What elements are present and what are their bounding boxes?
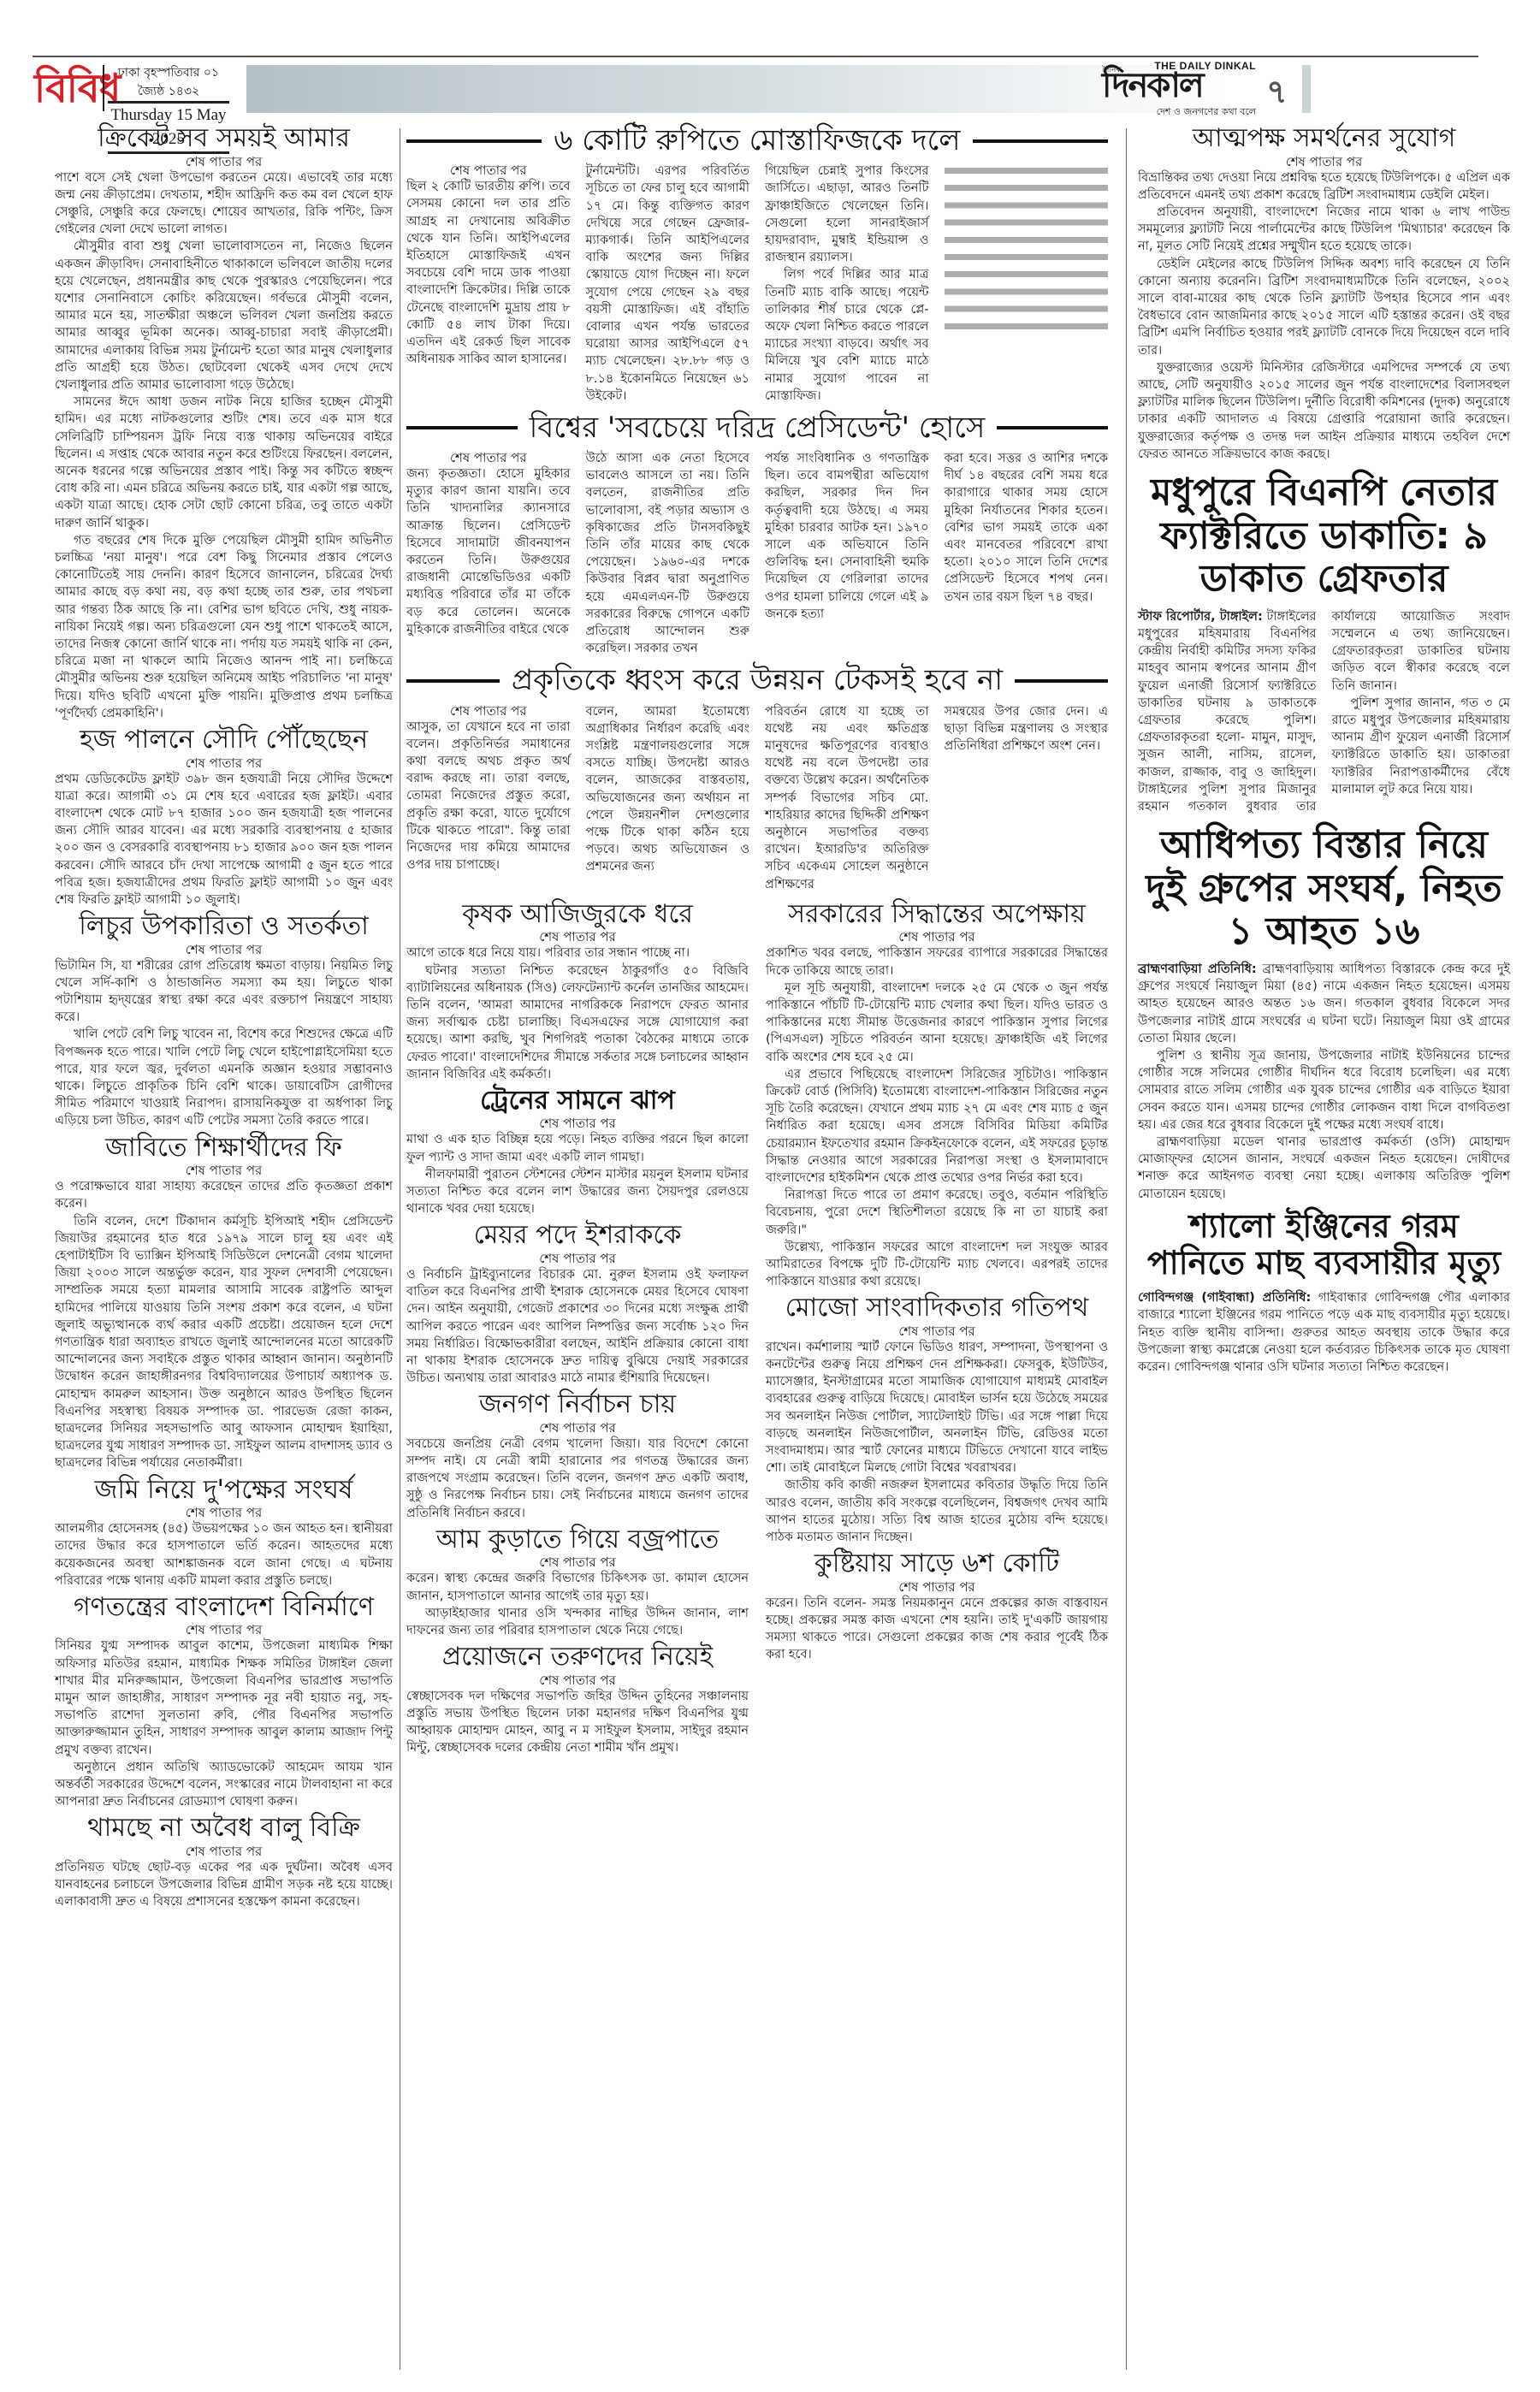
headline-rule [973,139,1108,143]
text-column: শেষ পাতার পর ছিল ২ কোটি ভারতীয় রুপি। তব… [406,163,571,405]
continued-label: শেষ পাতার পর [406,1673,749,1688]
continued-label: শেষ পাতার পর [55,1844,393,1859]
story-body: স্বেচ্ছাসেবক দল দক্ষিণের সভাপতি জহির উদ্… [406,1688,749,1757]
story-body: সবচেয়ে জনপ্রিয় নেত্রী বেগম খালেদা জিয়… [406,1436,749,1522]
paragraph: পুলিশ ও স্থানীয় সূত্র জানায়, উপজেলার ন… [1138,1047,1510,1134]
continued-label: শেষ পাতার পর [406,163,571,178]
story-body: রাখেন। কর্মশালায় স্মার্ট ফোনে ভিডিও ধার… [766,1339,1108,1546]
headline: জমি নিয়ে দু'পক্ষের সংঘর্ষ [55,1476,393,1506]
paragraph: করেন। তিনি বলেন- সমস্ত নিয়মকানুন মেনে প… [766,1595,1108,1664]
headline: হজ পালনে সৌদি পৌঁছেছেন [55,725,393,755]
paragraph: সামনের ঈদে আধা ডজন নাটক নিয়ে হাজির হচ্ছ… [55,394,393,532]
paragraph: প্রতিবেদন অনুযায়ী, বাংলাদেশে নিজের নামে… [1138,204,1510,256]
paragraph: পরিবর্তন রোধে যা হচ্ছে তা যথেষ্ট নয় এবং… [765,703,929,893]
story-body: বিভ্রান্তিকর তথ্য দেওয়া নিয়ে প্রশ্নবিদ… [1138,169,1510,463]
headline-row: ৬ কোটি রুপিতে মোস্তাফিজকে দলে [406,124,1108,157]
story-youth: প্রয়োজনে তরুণদের নিয়েই শেষ পাতার পর স্… [406,1643,749,1756]
paragraph: আড়াইহাজার থানার ওসি খন্দকার নাছির উদ্দি… [406,1605,749,1639]
paragraph: প্রকাশিত খবর বলছে, পাকিস্তান সফরের ব্যাপ… [766,944,1108,979]
continued-label: শেষ পাতার পর [406,1116,749,1131]
paragraph: প্রতিনিয়ত ঘটছে ছোট-বড় একের পর এক দুর্ঘ… [55,1859,393,1911]
continued-label: শেষ পাতার পর [55,755,393,771]
story-body: প্রকাশিত খবর বলছে, পাকিস্তান সফরের ব্যাপ… [766,944,1108,1290]
edge-bar [1302,65,1311,113]
headline: বিশ্বের 'সবচেয়ে দরিদ্র প্রেসিডেন্ট' হোস… [530,411,986,445]
paragraph: ঘটনার সত্যতা নিশ্চিত করেছেন ঠাকুরগাঁও ৫০… [406,962,749,1083]
story-body: গোবিন্দগঞ্জ (গাইবান্ধা) প্রতিনিধি: গাইবা… [1138,1289,1510,1376]
headline-rule [1015,679,1108,683]
story-body: ব্রাহ্মণবাড়িয়া প্রতিনিধি: ব্রাহ্মণবাড়… [1138,961,1510,1203]
paragraph: পাশে বসে সেই খেলা উপভোগ করতেন মেয়ে। এভা… [55,169,393,239]
paragraph: ব্রাহ্মণবাড়িয়া মডেল থানার ভারপ্রাপ্ত ক… [1138,1134,1510,1203]
story-mojo: মোজো সাংবাদিকতার গতিপথ শেষ পাতার পর রাখে… [766,1294,1108,1546]
paragraph: ডেইলি মেইলের কাছে টিউলিপ সিদ্দিক অবশ্য দ… [1138,256,1510,359]
top-rule [33,56,1478,57]
headline: আধিপত্য বিস্তার নিয়ে দুই গ্রুপের সংঘর্ষ… [1138,824,1510,954]
headline: মেয়র পদে ইশরাককে [406,1221,749,1251]
story-election: জনগণ নির্বাচন চায় শেষ পাতার পর সবচেয়ে … [406,1390,749,1522]
paragraph: নীলফামারী পুরাতন স্টেশনের স্টেশন মাস্টার… [406,1166,749,1218]
paragraph: গোবিন্দগঞ্জ (গাইবান্ধা) প্রতিনিধি: গাইবা… [1138,1289,1510,1376]
headline: মধুপুরে বিএনপি নেতার ফ্যাক্টরিতে ডাকাতি:… [1138,471,1510,601]
middle-column: ৬ কোটি রুপিতে মোস্তাফিজকে দলে শেষ পাতার … [406,124,1108,1761]
paragraph: গিয়েছিল চেন্নাই সুপার কিংসের জার্সিতে। … [765,163,929,266]
headline: ক্রিকেট সব সময়ই আমার [55,124,393,154]
headline: প্রকৃতিকে ধ্বংস করে উন্নয়ন টেকসই হবে না [512,664,1003,697]
paragraph: অনুষ্ঠানে প্রধান অতিথি অ্যাডভোকেট আহমেদ … [55,1759,393,1811]
story-group-clash: আধিপত্য বিস্তার নিয়ে দুই গ্রুপের সংঘর্ষ… [1138,824,1510,1203]
continued-label: শেষ পাতার পর [55,1622,393,1637]
column-rule [400,128,400,2370]
paragraph: মাথা ও এক হাত বিচ্ছিন্ন হয়ে পড়ে। নিহত … [406,1131,749,1165]
text-column: গিয়েছিল চেন্নাই সুপার কিংসের জার্সিতে। … [765,163,929,405]
text-column: করা হবে। সত্তর ও আশির দশকে দীর্ঘ ১৪ বছরে… [945,450,1109,657]
headline: জনগণ নির্বাচন চায় [406,1390,749,1420]
paragraph: আলমগীর হোসেনসহ (৪৫) উভয়পক্ষের ১০ জন আহত… [55,1520,393,1590]
paragraph: ব্রাহ্মণবাড়িয়া প্রতিনিধি: ব্রাহ্মণবাড়… [1138,961,1510,1047]
masthead-banner [246,65,1230,113]
story-madhupur-robbery: মধুপুরে বিএনপি নেতার ফ্যাক্টরিতে ডাকাতি:… [1138,471,1510,815]
continued-label: শেষ পাতার পর [1138,154,1510,169]
headline-rule [406,679,500,683]
paragraph: ও পরোক্ষভাবে যারা সাহায্য করেছেন তাদের প… [55,1178,393,1212]
paragraph: সমন্বয়ের উপর জোর দেন। এ ছাড়া বিভিন্ন ম… [945,703,1109,755]
continued-label: শেষ পাতার পর [406,1251,749,1266]
paragraph: করেন। স্বাস্থ্য কেন্দ্রের জরুরি বিভাগের … [406,1570,749,1604]
story-body: আলমগীর হোসেনসহ (৪৫) উভয়পক্ষের ১০ জন আহত… [55,1520,393,1590]
paragraph: বিভ্রান্তিকর তথ্য দেওয়া নিয়ে প্রশ্নবিদ… [1138,169,1510,204]
continued-label: শেষ পাতার পর [406,1420,749,1436]
paragraph: টুর্নামেন্টটি। এরপর পরিবর্তিত সূচিতে তা … [586,163,750,405]
headline: কৃষক আজিজুরকে ধরে [406,900,749,930]
story-shallow-engine: শ্যালো ইঞ্জিনের গরম পানিতে মাছ ব্যবসায়ী… [1138,1208,1510,1376]
paragraph: যুক্তরাজ্যের ওয়েস্ট মিনিস্টার রেজিস্টার… [1138,359,1510,463]
headline-row: বিশ্বের 'সবচেয়ে দরিদ্র প্রেসিডেন্ট' হোস… [406,411,1108,445]
brand-tagline: দেশ ও জনগণের কথা বলে [1157,104,1256,121]
story-land-clash: জমি নিয়ে দু'পক্ষের সংঘর্ষ শেষ পাতার পর … [55,1476,393,1590]
text-column: শেষ পাতার পর জন্য কৃতজ্ঞতা। হোসে মুহিকার… [406,450,571,657]
headline: ট্রেনের সামনে ঝাপ [406,1086,749,1116]
paragraph: মৌসুমীর বাবা শুধু খেলা ভালোবাসতেন না, নি… [55,238,393,394]
story-lychee: লিচুর উপকারিতা ও সতর্কতা শেষ পাতার পর ভি… [55,912,393,1130]
paragraph: জাতীয় কবি কাজী নজরুল ইসলামের কবিতার উদ্… [766,1477,1108,1546]
headline-rule [406,426,518,429]
paragraph: পর্যন্ত সাংবিধানিক ও গণতান্ত্রিক ছিল। তব… [765,450,929,623]
paragraph: রাখেন। কর্মশালায় স্মার্ট ফোনে ভিডিও ধার… [766,1339,1108,1477]
paragraph: সিনিয়র যুগ্ম সম্পাদক আবুল কাশেম, উপজেলা… [55,1637,393,1758]
story-jabi-fee: জাবিতে শিক্ষার্থীদের ফি শেষ পাতার পর ও প… [55,1134,393,1472]
column-rule [1126,128,1127,2370]
brand-name: দিনকাল [1102,67,1203,104]
continued-label: শেষ পাতার পর [55,1163,393,1178]
story-body: করেন। স্বাস্থ্য কেন্দ্রের জরুরি বিভাগের … [406,1570,749,1639]
paragraph: তিনি বলেন, দেশে টিকাদান কর্মসূচি ইপিআই শ… [55,1213,393,1472]
headline-rule [406,139,542,143]
paragraph: আগে তাকে ধরে নিয়ে যায়। পরিবার তার সন্ধ… [406,944,749,962]
story-lightning: আম কুড়াতে গিয়ে বজ্রপাতে শেষ পাতার পর ক… [406,1525,749,1639]
masthead: বিবিধ ঢাকা বৃহস্পতিবার ০১ জ্যৈষ্ঠ ১৪৩২ T… [33,62,1478,116]
continued-label: শেষ পাতার পর [766,1579,1108,1595]
story-body: স্টাফ রিপোর্টার, টাঙ্গাইল: টাঙ্গাইলের মধ… [1138,608,1510,815]
text-column: সমন্বয়ের উপর জোর দেন। এ ছাড়া বিভিন্ন ম… [945,703,1109,893]
headline: কুষ্টিয়ায় সাড়ে ৬শ কোটি [766,1549,1108,1579]
text-column: পরিবর্তন রোধে যা হচ্ছে তা যথেষ্ট নয় এবং… [765,703,929,893]
story-democracy: গণতন্ত্রের বাংলাদেশ বিনির্মাণে শেষ পাতার… [55,1593,393,1811]
continued-label: শেষ পাতার পর [406,703,571,719]
story-farmer: কৃষক আজিজুরকে ধরে শেষ পাতার পর আগে তাকে … [406,900,749,1083]
continued-label: শেষ পাতার পর [55,1505,393,1520]
story-government-decision: সরকারের সিদ্ধান্তের অপেক্ষায় শেষ পাতার … [766,900,1108,1291]
story-body: পাশে বসে সেই খেলা উপভোগ করতেন মেয়ে। এভা… [55,169,393,723]
story-body: শেষ পাতার পর জন্য কৃতজ্ঞতা। হোসে মুহিকার… [406,450,1108,657]
story-body: ভিটামিন সি, যা শরীরের রোগ প্রতিরোধ ক্ষমত… [55,957,393,1130]
headline: ৬ কোটি রুপিতে মোস্তাফিজকে দলে [554,124,960,157]
dateline: স্টাফ রিপোর্টার, টাঙ্গাইল: [1138,610,1263,624]
story-body: করেন। তিনি বলেন- সমস্ত নিয়মকানুন মেনে প… [766,1595,1108,1664]
text-column: বলেন, আমরা ইতোমধ্যে অগ্রাধিকার নির্ধারণ … [586,703,750,893]
headline-row: প্রকৃতিকে ধ্বংস করে উন্নয়ন টেকসই হবে না [406,664,1108,697]
story-body: প্রতিনিয়ত ঘটছে ছোট-বড় একের পর এক দুর্ঘ… [55,1859,393,1911]
paragraph: লিগ পর্বে দিল্লির আর মাত্র তিনটি ম্যাচ ব… [765,266,929,405]
headline: প্রয়োজনে তরুণদের নিয়েই [406,1643,749,1673]
continued-label: শেষ পাতার পর [55,942,393,957]
story-body: সিনিয়র যুগ্ম সম্পাদক আবুল কাশেম, উপজেলা… [55,1637,393,1810]
story-cricket: ক্রিকেট সব সময়ই আমার শেষ পাতার পর পাশে … [55,124,393,722]
story-mayor: মেয়র পদে ইশরাককে শেষ পাতার পর ও নির্বাচ… [406,1221,749,1387]
newspaper-page: বিবিধ ঢাকা বৃহস্পতিবার ০১ জ্যৈষ্ঠ ১৪৩২ T… [0,0,1540,2392]
headline: সরকারের সিদ্ধান্তের অপেক্ষায় [766,900,1108,930]
paragraph: আসুক, তা যেখানে হবে না তারা বলেন। প্রকৃত… [406,719,571,874]
paragraph: উল্লেখ্য, পাকিস্তান সফরের আগে বাংলাদেশ দ… [766,1239,1108,1291]
paragraph: ভিটামিন সি, যা শরীরের রোগ প্রতিরোধ ক্ষমত… [55,957,393,1027]
continued-label: শেষ পাতার পর [406,1554,749,1570]
story-mustafiz: ৬ কোটি রুপিতে মোস্তাফিজকে দলে শেষ পাতার … [406,124,1108,405]
continued-label: শেষ পাতার পর [406,450,571,465]
middle-lower-right: সরকারের সিদ্ধান্তের অপেক্ষায় শেষ পাতার … [766,900,1108,1761]
date-bangla: ঢাকা বৃহস্পতিবার ০১ জ্যৈষ্ঠ ১৪৩২ [108,63,229,104]
paragraph: এর প্রভাবে পিছিয়েছে বাংলাদেশ সিরিজের সূ… [766,1066,1108,1187]
paragraph: প্রথম ডেডিকেটেড ফ্লাইট ৩৯৮ জন হজযাত্রী ন… [55,771,393,909]
text-column: টুর্নামেন্টটি। এরপর পরিবর্তিত সূচিতে তা … [586,163,750,405]
story-kushtia: কুষ্টিয়ায় সাড়ে ৬শ কোটি শেষ পাতার পর ক… [766,1549,1108,1663]
story-body: প্রথম ডেডিকেটেড ফ্লাইট ৩৯৮ জন হজযাত্রী ন… [55,771,393,909]
headline: লিচুর উপকারিতা ও সতর্কতা [55,912,393,942]
story-train: ট্রেনের সামনে ঝাপ শেষ পাতার পর মাথা ও এক… [406,1086,749,1218]
paragraph: পুলিশ সুপার জানান, গত ৩ মে রাতে মধুপুর উ… [1332,695,1511,798]
headline: মোজো সাংবাদিকতার গতিপথ [766,1294,1108,1323]
story-body: আগে তাকে ধরে নিয়ে যায়। পরিবার তার সন্ধ… [406,944,749,1083]
middle-lower-left: কৃষক আজিজুরকে ধরে শেষ পাতার পর আগে তাকে … [406,900,749,1761]
paragraph: সবচেয়ে জনপ্রিয় নেত্রী বেগম খালেদা জিয়… [406,1436,749,1522]
dateline: গোবিন্দগঞ্জ (গাইবান্ধা) প্রতিনিধি: [1138,1291,1311,1305]
paragraph: গত বছরের শেষ দিকে মুক্তি পেয়েছিল মৌসুমী… [55,532,393,722]
paragraph: নিরাপত্তা দিতে পারে তা প্রমাণ করেছে। তবু… [766,1187,1108,1239]
continued-label: শেষ পাতার পর [766,1323,1108,1339]
headline: শ্যালো ইঞ্জিনের গরম পানিতে মাছ ব্যবসায়ী… [1138,1208,1510,1282]
paragraph: জন্য কৃতজ্ঞতা। হোসে মুহিকার মৃত্যুর কারণ… [406,465,571,638]
right-column: আত্মপক্ষ সমর্থনের সুযোগ শেষ পাতার পর বিভ… [1138,124,1510,1379]
story-nature: প্রকৃতিকে ধ্বংস করে উন্নয়ন টেকসই হবে না… [406,664,1108,892]
paragraph: ও নির্বাচনি ট্রাইব্যুনালের বিচারক মো. নু… [406,1266,749,1387]
text-column: উঠে আসা এক নেতা হিসেবে ভাবলেও আসলে তা নয… [586,450,750,657]
story-sand-sale: থামছে না অবৈধ বালু বিক্রি শেষ পাতার পর প… [55,1814,393,1910]
continued-label: শেষ পাতার পর [766,929,1108,944]
story-mujica: বিশ্বের 'সবচেয়ে দরিদ্র প্রেসিডেন্ট' হোস… [406,411,1108,658]
continued-label: শেষ পাতার পর [406,929,749,944]
story-body: শেষ পাতার পর ছিল ২ কোটি ভারতীয় রুপি। তব… [406,163,1108,405]
left-column: ক্রিকেট সব সময়ই আমার শেষ পাতার পর পাশে … [55,124,393,1915]
headline-rule [997,426,1108,429]
headline: থামছে না অবৈধ বালু বিক্রি [55,1814,393,1844]
headline: গণতন্ত্রের বাংলাদেশ বিনির্মাণে [55,1593,393,1623]
text-column [945,163,1109,334]
masthead-divider [103,65,104,111]
headline: আত্মপক্ষ সমর্থনের সুযোগ [1138,124,1510,154]
paragraph: করা হবে। সত্তর ও আশির দশকে দীর্ঘ ১৪ বছরে… [945,450,1109,606]
text-column: শেষ পাতার পর আসুক, তা যেখানে হবে না তারা… [406,703,571,893]
brand-logo: দৈনিক THE DAILY DINKAL দিনকাল দেশ ও জনগণ… [1102,58,1256,118]
headline: আম কুড়াতে গিয়ে বজ্রপাতে [406,1525,749,1555]
paragraph: খালি পেটে বেশি লিচু খাবেন না, বিশেষ করে … [55,1026,393,1129]
paragraph: মূল সূচি অনুযায়ী, বাংলাদেশ দলকে ২৫ মে থ… [766,980,1108,1066]
middle-lower-grid: কৃষক আজিজুরকে ধরে শেষ পাতার পর আগে তাকে … [406,900,1108,1761]
headline: জাবিতে শিক্ষার্থীদের ফি [55,1134,393,1163]
paragraph: বলেন, আমরা ইতোমধ্যে অগ্রাধিকার নির্ধারণ … [586,703,750,876]
page-number: ৭ [1266,67,1288,121]
story-body: শেষ পাতার পর আসুক, তা যেখানে হবে না তারা… [406,703,1108,893]
text-column: পর্যন্ত সাংবিধানিক ও গণতান্ত্রিক ছিল। তব… [765,450,929,657]
paragraph: ছিল ২ কোটি ভারতীয় রুপি। তবে সেসময় কোনো… [406,178,571,368]
story-hajj: হজ পালনে সৌদি পৌঁছেছেন শেষ পাতার পর প্রথ… [55,725,393,909]
story-body: ও পরোক্ষভাবে যারা সাহায্য করেছেন তাদের প… [55,1178,393,1471]
continued-label: শেষ পাতার পর [55,154,393,169]
story-tulip: আত্মপক্ষ সমর্থনের সুযোগ শেষ পাতার পর বিভ… [1138,124,1510,463]
paragraph: স্বেচ্ছাসেবক দল দক্ষিণের সভাপতি জহির উদ্… [406,1688,749,1757]
paragraph: উঠে আসা এক নেতা হিসেবে ভাবলেও আসলে তা নয… [586,450,750,657]
story-body: মাথা ও এক হাত বিচ্ছিন্ন হয়ে পড়ে। নিহত … [406,1131,749,1217]
dateline: ব্রাহ্মণবাড়িয়া প্রতিনিধি: [1138,962,1257,976]
story-body: ও নির্বাচনি ট্রাইব্যুনালের বিচারক মো. নু… [406,1266,749,1387]
